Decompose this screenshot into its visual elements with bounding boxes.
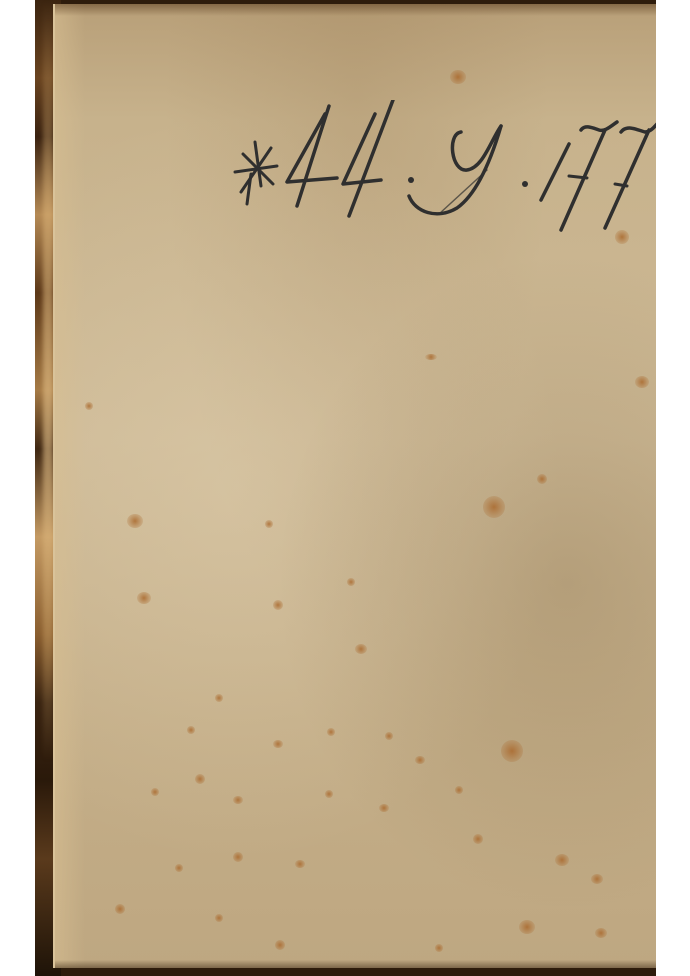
shelfmark-ink-icon [225, 100, 656, 240]
foxing-spot [385, 732, 393, 740]
flyleaf-paper: *44.Y.177 [53, 4, 656, 968]
foxing-spot [347, 578, 355, 586]
foxing-spot [615, 230, 629, 244]
page-top-edge [55, 4, 656, 16]
spine-highlight [43, 0, 53, 976]
handwritten-shelfmark: *44.Y.177 [225, 100, 656, 240]
foxing-spot [435, 944, 443, 952]
foxing-spot [327, 728, 335, 736]
foxing-spot [215, 914, 223, 922]
foxing-spot [455, 786, 463, 794]
foxing-spot [233, 852, 243, 862]
foxing-spot [483, 496, 505, 518]
foxing-spot [127, 514, 143, 528]
foxing-spot [233, 796, 243, 804]
foxing-spot [273, 600, 283, 610]
foxing-spot [295, 860, 305, 868]
foxing-spot [175, 864, 183, 872]
foxing-spot [325, 790, 333, 798]
foxing-spot [115, 904, 125, 914]
foxing-spot [215, 694, 223, 702]
foxing-spot [355, 644, 367, 654]
foxing-spot [187, 726, 195, 734]
foxing-spot [265, 520, 273, 528]
foxing-spot [85, 402, 93, 410]
foxing-spot [137, 592, 151, 604]
foxing-spot [275, 940, 285, 950]
scanned-page: *44.Y.177 [35, 0, 656, 976]
foxing-spot [635, 376, 649, 388]
page-gutter-shade [55, 4, 85, 968]
foxing-spot [519, 920, 535, 934]
page-bottom-edge [55, 960, 656, 968]
foxing-spot [501, 740, 523, 762]
foxing-spot [595, 928, 607, 938]
foxing-spot [379, 804, 389, 812]
foxing-spot [151, 788, 159, 796]
foxing-spot [473, 834, 483, 844]
foxing-spot [591, 874, 603, 884]
foxing-spot [425, 354, 437, 360]
foxing-spot [195, 774, 205, 784]
foxing-spot [450, 70, 466, 84]
foxing-spot [273, 740, 283, 748]
foxing-spot [537, 474, 547, 484]
foxing-spot [555, 854, 569, 866]
foxing-spot [415, 756, 425, 764]
